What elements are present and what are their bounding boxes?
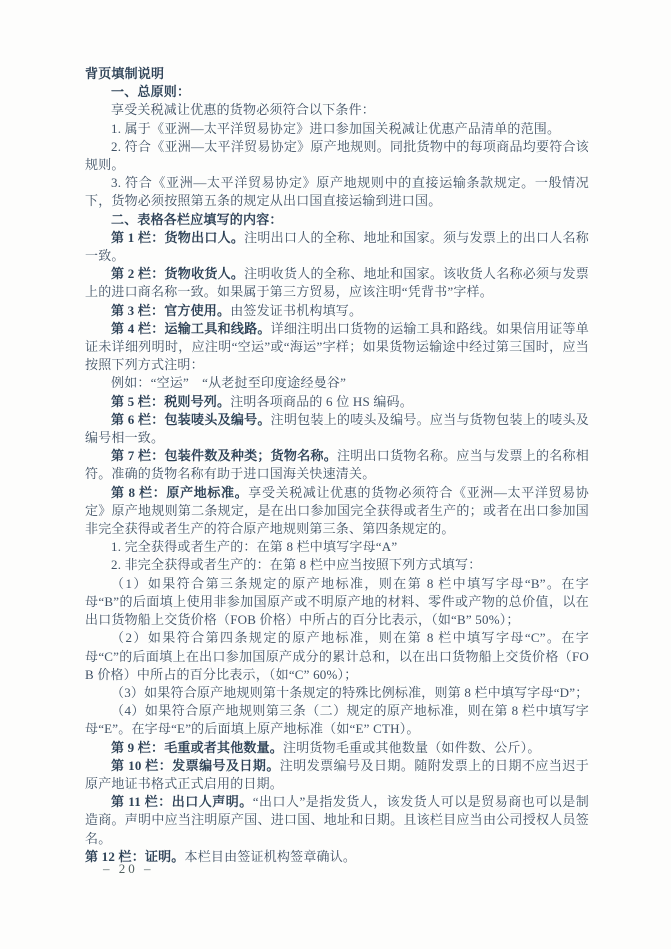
- field-label: 第 10 栏：发票编号及日期。: [111, 758, 280, 773]
- body-text: （2）如果符合第四条规定的原产地标准，则在第 8 栏中填写字母“C”。在字母“C…: [85, 630, 589, 681]
- body-text: 注明各项商品的 6 位 HS 编码。: [230, 394, 413, 409]
- field-label: 第 3 栏：官方使用。: [111, 303, 230, 318]
- paragraph: 第 9 栏：毛重或者其他数量。注明货物毛重或其他数量（如件数、公斤）。: [85, 739, 589, 757]
- field-label: 第 5 栏：税则号列。: [111, 394, 230, 409]
- body-text: 2. 非完全获得或者生产的：在第 8 栏中应当按照下列方式填写：: [111, 557, 481, 572]
- paragraph: 第 7 栏：包装件数及种类；货物名称。注明出口货物名称。应当与发票上的名称相符。…: [85, 447, 589, 483]
- body-text: 1. 属于《亚洲—太平洋贸易协定》进口参加国关税减让优惠产品清单的范围。: [111, 121, 560, 136]
- paragraph: 第 6 栏：包装唛头及编号。注明包装上的唛头及编号。应当与货物包装上的唛头及编号…: [85, 411, 589, 447]
- body-text: 本栏目由签证机构签章确认。: [185, 849, 357, 864]
- document-body: 背页填制说明一、总原则：享受关税减让优惠的货物必须符合以下条件：1. 属于《亚洲…: [85, 65, 589, 866]
- field-label: 第 9 栏：毛重或者其他数量。: [111, 740, 283, 755]
- paragraph: （1）如果符合第三条规定的原产地标准，则在第 8 栏中填写字母“B”。在字母“B…: [85, 575, 589, 630]
- field-label: 第 4 栏：运输工具和线路。: [111, 321, 271, 336]
- paragraph: 第 2 栏：货物收货人。注明收货人的全称、地址和国家。该收货人名称必须与发票上的…: [85, 265, 589, 301]
- body-text: 3. 符合《亚洲—太平洋贸易协定》原产地规则中的直接运输条款规定。一般情况下，货…: [85, 175, 589, 208]
- field-label: 一、总原则：: [111, 84, 190, 99]
- paragraph: 例如：“空运” “从老挝至印度途经曼谷”: [85, 374, 589, 392]
- body-text: 注明货物毛重或其他数量（如件数、公斤）。: [283, 740, 541, 755]
- field-label: 第 6 栏：包装唛头及编号。: [111, 412, 271, 427]
- paragraph: 第 3 栏：官方使用。由签发证书机构填写。: [85, 302, 589, 320]
- paragraph: （4）如果符合原产地规则第三条（二）规定的原产地标准，则在第 8 栏中填写字母“…: [85, 702, 589, 738]
- paragraph: 第 8 栏：原产地标准。享受关税减让优惠的货物必须符合《亚洲—太平洋贸易协定》原…: [85, 484, 589, 539]
- body-text: （1）如果符合第三条规定的原产地标准，则在第 8 栏中填写字母“B”。在字母“B…: [85, 576, 589, 627]
- paragraph: （2）如果符合第四条规定的原产地标准，则在第 8 栏中填写字母“C”。在字母“C…: [85, 629, 589, 684]
- body-text: （3）如果符合原产地规则第十条规定的特殊比例标准，则第 8 栏中填写字母“D”；: [111, 685, 588, 700]
- paragraph: 二、表格各栏应填写的内容：: [85, 211, 589, 229]
- document-page: 背页填制说明一、总原则：享受关税减让优惠的货物必须符合以下条件：1. 属于《亚洲…: [0, 0, 671, 949]
- field-label: 第 8 栏：原产地标准。: [111, 485, 248, 500]
- document-title: 背页填制说明: [85, 65, 589, 83]
- paragraph: 享受关税减让优惠的货物必须符合以下条件：: [85, 101, 589, 119]
- body-text: 2. 符合《亚洲—太平洋贸易协定》原产地规则。同批货物中的每项商品均要符合该规则…: [85, 139, 589, 172]
- paragraph: 2. 符合《亚洲—太平洋贸易协定》原产地规则。同批货物中的每项商品均要符合该规则…: [85, 138, 589, 174]
- field-label: 二、表格各栏应填写的内容：: [111, 212, 283, 227]
- paragraph: 1. 完全获得或者生产的：在第 8 栏中填写字母“A”: [85, 538, 589, 556]
- body-text: 例如：“空运” “从老挝至印度途经曼谷”: [111, 375, 346, 390]
- body-text: （4）如果符合原产地规则第三条（二）规定的原产地标准，则在第 8 栏中填写字母“…: [85, 703, 589, 736]
- body-text: 由签发证书机构填写。: [230, 303, 362, 318]
- field-label: 第 2 栏：货物收货人。: [111, 266, 244, 281]
- paragraph: 3. 符合《亚洲—太平洋贸易协定》原产地规则中的直接运输条款规定。一般情况下，货…: [85, 174, 589, 210]
- field-label: 背页填制说明: [85, 66, 164, 81]
- paragraph: 第 11 栏：出口人声明。“出口人”是指发货人，该发货人可以是贸易商也可以是制造…: [85, 793, 589, 848]
- page-number: – 20 –: [103, 861, 154, 877]
- paragraph: 2. 非完全获得或者生产的：在第 8 栏中应当按照下列方式填写：: [85, 556, 589, 574]
- body-text: 享受关税减让优惠的货物必须符合以下条件：: [111, 102, 375, 117]
- paragraph: （3）如果符合原产地规则第十条规定的特殊比例标准，则第 8 栏中填写字母“D”；: [85, 684, 589, 702]
- field-label: 第 7 栏：包装件数及种类；货物名称。: [111, 448, 337, 463]
- paragraph: 第 4 栏：运输工具和线路。详细注明出口货物的运输工具和路线。如果信用证等单证未…: [85, 320, 589, 375]
- paragraph: 第 5 栏：税则号列。注明各项商品的 6 位 HS 编码。: [85, 393, 589, 411]
- paragraph: 第 10 栏：发票编号及日期。注明发票编号及日期。随附发票上的日期不应当迟于原产…: [85, 757, 589, 793]
- field-label: 第 11 栏：出口人声明。: [111, 794, 253, 809]
- paragraph: 一、总原则：: [85, 83, 589, 101]
- paragraph: 第 12 栏：证明。本栏目由签证机构签章确认。: [85, 848, 589, 866]
- field-label: 第 1 栏：货物出口人。: [111, 230, 244, 245]
- paragraph: 第 1 栏：货物出口人。注明出口人的全称、地址和国家。须与发票上的出口人名称一致…: [85, 229, 589, 265]
- body-text: 1. 完全获得或者生产的：在第 8 栏中填写字母“A”: [111, 539, 397, 554]
- paragraph: 1. 属于《亚洲—太平洋贸易协定》进口参加国关税减让优惠产品清单的范围。: [85, 120, 589, 138]
